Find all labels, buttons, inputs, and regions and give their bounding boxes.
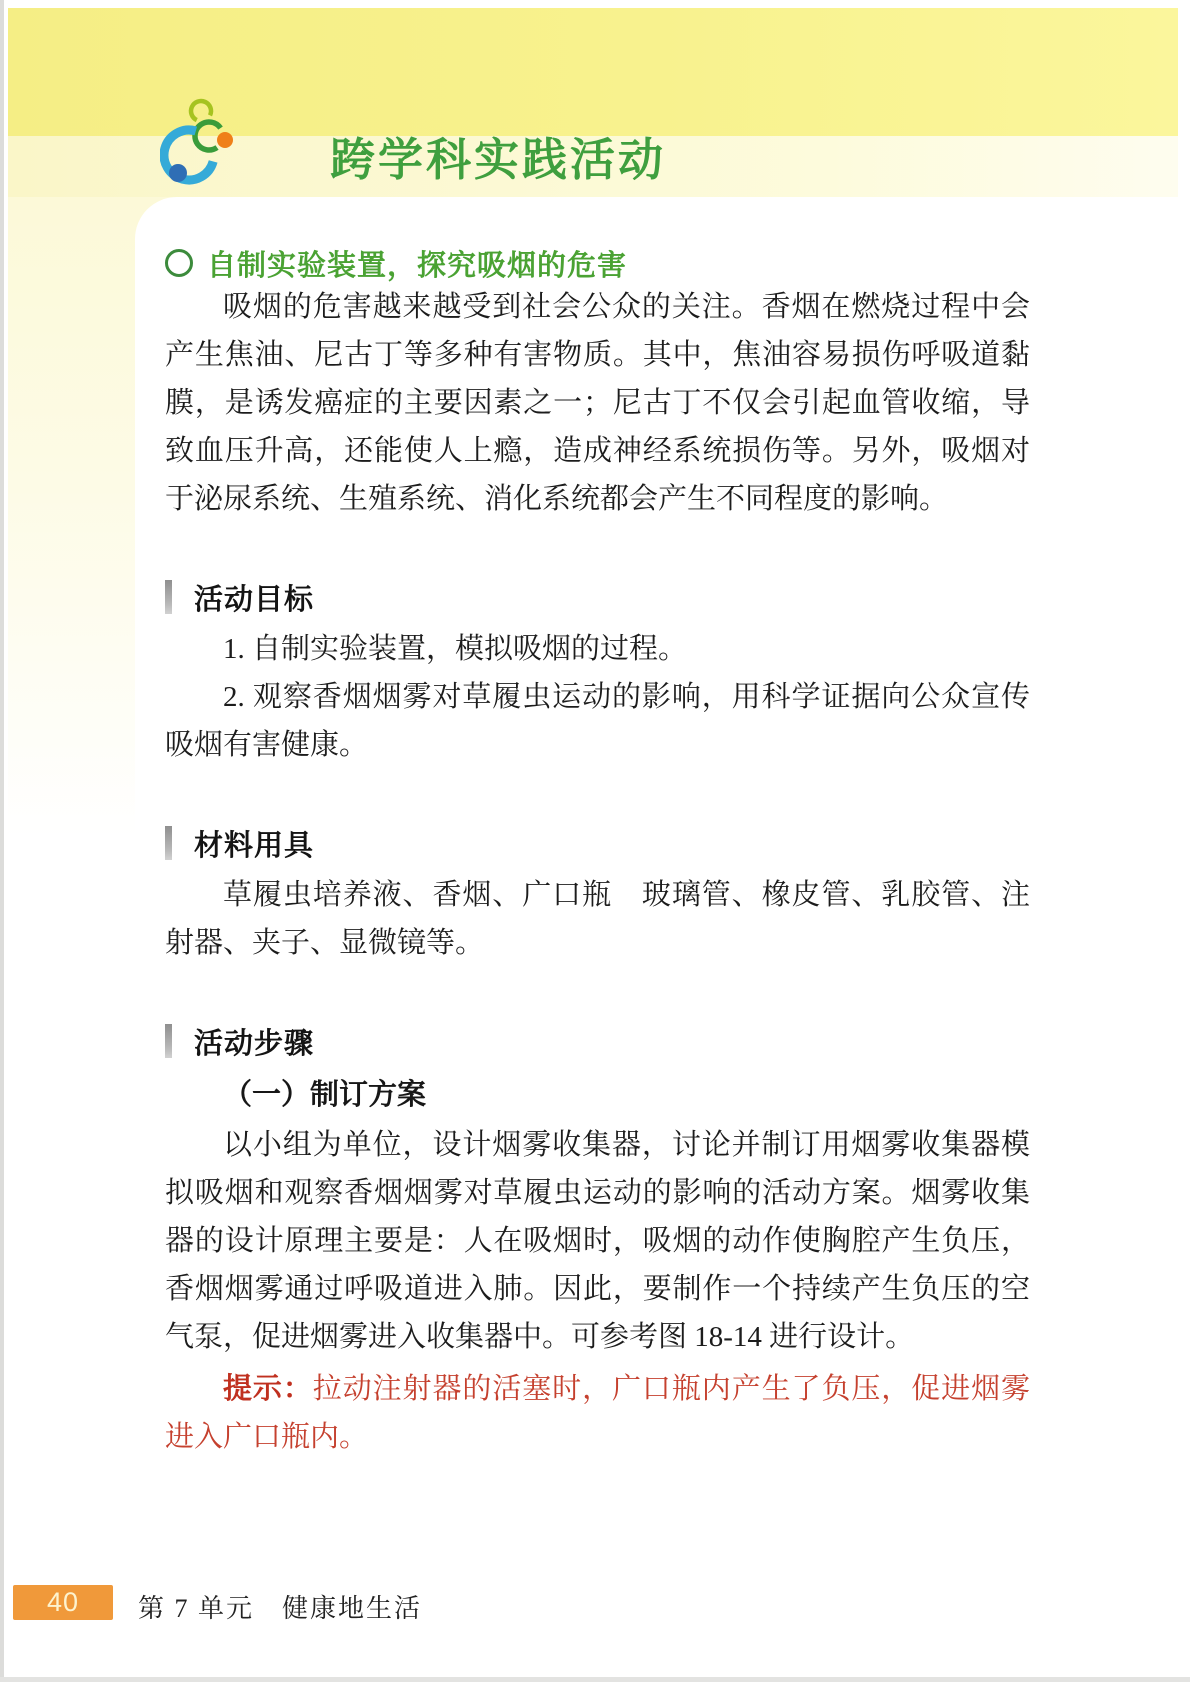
activity-title: 自制实验装置，探究吸烟的危害 xyxy=(207,243,627,284)
section-heading-row: 活动目标 xyxy=(165,577,1030,617)
banner-title: 跨学科实践活动 xyxy=(330,134,666,186)
scan-edge xyxy=(0,1677,1190,1682)
hint-paragraph: 提示：拉动注射器的活塞时，广口瓶内产生了负压，促进烟雾进入广口瓶内。 xyxy=(165,1365,1030,1461)
main-content: 自制实验装置，探究吸烟的危害 吸烟的危害越来越受到社会公众的关注。香烟在燃烧过程… xyxy=(165,243,1030,1490)
textbook-page: 跨学科实践活动 自制实验装置，探究吸烟的危害 吸烟的危害越来越受到社会公众的关注… xyxy=(0,0,1190,1682)
steps-paragraph: 以小组为单位，设计烟雾收集器，讨论并制订用烟雾收集器模拟吸烟和观察香烟烟雾对草履… xyxy=(165,1121,1030,1361)
activity-title-row: 自制实验装置，探究吸烟的危害 xyxy=(165,243,1030,283)
page-number: 40 xyxy=(47,1587,79,1618)
section-goals: 活动目标 1. 自制实验装置，模拟吸烟的过程。 2. 观察香烟烟雾对草履虫运动的… xyxy=(165,577,1030,769)
circle-bullet-icon xyxy=(165,249,193,277)
footer-unit-title: 第 7 单元 健康地生活 xyxy=(138,1588,422,1625)
section-heading: 材料用具 xyxy=(194,823,314,864)
interdisciplinary-activity-logo-icon xyxy=(160,92,250,192)
section-steps: 活动步骤 （一）制订方案 以小组为单位，设计烟雾收集器，讨论并制订用烟雾收集器模… xyxy=(165,1021,1030,1461)
materials-paragraph: 草履虫培养液、香烟、广口瓶 玻璃管、橡皮管、乳胶管、注射器、夹子、显微镜等。 xyxy=(165,871,1030,967)
step-subheading: （一）制订方案 xyxy=(165,1069,1030,1121)
section-heading-row: 活动步骤 xyxy=(165,1021,1030,1061)
section-materials: 材料用具 草履虫培养液、香烟、广口瓶 玻璃管、橡皮管、乳胶管、注射器、夹子、显微… xyxy=(165,823,1030,967)
goal-item: 2. 观察香烟烟雾对草履虫运动的影响，用科学证据向公众宣传吸烟有害健康。 xyxy=(165,673,1030,769)
intro-paragraph: 吸烟的危害越来越受到社会公众的关注。香烟在燃烧过程中会产生焦油、尼古丁等多种有害… xyxy=(165,283,1030,523)
section-heading-row: 材料用具 xyxy=(165,823,1030,863)
hint-label: 提示： xyxy=(223,1373,313,1405)
section-heading: 活动步骤 xyxy=(194,1021,314,1062)
goal-item: 1. 自制实验装置，模拟吸烟的过程。 xyxy=(165,625,1030,673)
section-bar-icon xyxy=(165,826,172,860)
section-bar-icon xyxy=(165,580,172,614)
scan-edge xyxy=(0,0,4,1682)
section-heading: 活动目标 xyxy=(194,577,314,618)
section-bar-icon xyxy=(165,1024,172,1058)
page-number-badge: 40 xyxy=(13,1585,113,1620)
